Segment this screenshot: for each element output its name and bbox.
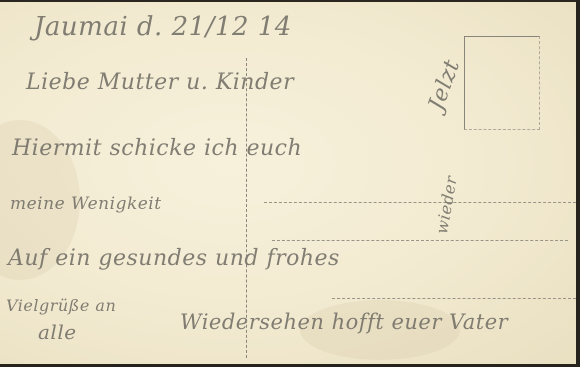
address-line [272, 240, 568, 241]
margin-note-top: Jelzt [424, 56, 465, 113]
card-edge-top [0, 0, 580, 2]
card-edge-right [576, 0, 580, 367]
message-line-4: Wiedersehen hofft euer Vater [180, 310, 508, 334]
center-divider [246, 58, 247, 358]
stamp-box [464, 36, 540, 130]
address-line [332, 298, 576, 299]
margin-note-middle: wieder [432, 174, 461, 235]
postcard-back: Jaumai d. 21/12 14 Liebe Mutter u. Kinde… [0, 0, 576, 364]
salutation: Liebe Mutter u. Kinder [26, 70, 294, 95]
address-line [264, 202, 576, 203]
message-line-3: Auf ein gesundes und frohes [8, 246, 340, 271]
closing-left-1: Vielgrüße an [6, 296, 116, 315]
place-date: Jaumai d. 21/12 14 [34, 12, 292, 42]
closing-left-2: alle [38, 320, 77, 344]
message-line-1: Hiermit schicke ich euch [12, 136, 302, 161]
message-line-2: meine Wenigkeit [10, 194, 162, 214]
